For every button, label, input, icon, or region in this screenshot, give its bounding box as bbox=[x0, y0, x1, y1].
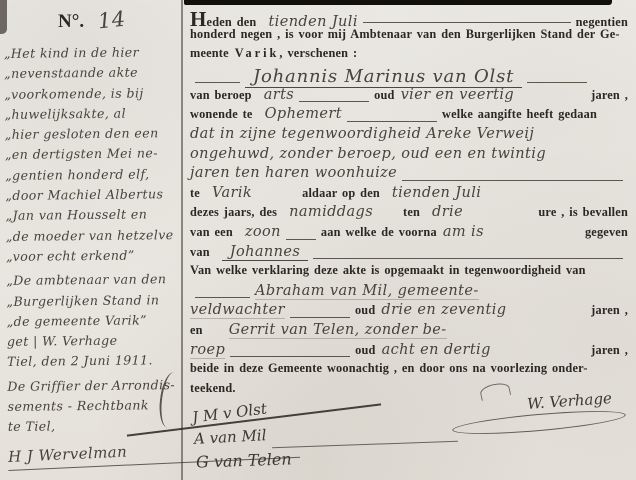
printed-text: meente bbox=[190, 46, 229, 61]
handwritten-witness2-occupation: roep bbox=[190, 342, 225, 359]
margin-note-line: „nevenstaande akte bbox=[4, 62, 176, 84]
act-body: Heden den tienden Juli negentien honderd… bbox=[190, 7, 628, 480]
act-line-date: Heden den tienden Juli negentien bbox=[190, 7, 628, 27]
printed-text: oud bbox=[374, 88, 394, 103]
margin-clerk-line: te Tiel, bbox=[8, 415, 180, 437]
margin-clerk-block: De Griffier der Arrondis- sements - Rech… bbox=[7, 375, 180, 438]
margin-official-line: „De ambtenaar van den bbox=[6, 269, 178, 291]
handwritten-witness1-occupation: veldwachter bbox=[190, 302, 285, 319]
margin-note-line: „voorkomende, is bij bbox=[4, 83, 176, 105]
act-line: honderd negen , is voor mij Ambtenaar va… bbox=[190, 27, 628, 47]
act-number-value: 14 bbox=[97, 7, 127, 34]
act-line-declarant-name: Johannis Marinus van Olst bbox=[190, 66, 628, 87]
margin-official-line: Tiel, den 2 Juni 1911. bbox=[7, 351, 179, 373]
handwritten-occupation: arts bbox=[264, 87, 294, 103]
handwritten-witness2-age: acht en dertig bbox=[382, 342, 491, 358]
act-line-municipality: meente Varik , verschenen : bbox=[190, 46, 628, 66]
act-line-witness1: Abraham van Mil, gemeente- bbox=[190, 283, 628, 303]
margin-clerk-line: sements - Rechtbank bbox=[7, 395, 179, 417]
act-line-mother-status: ongehuwd, zonder beroep, oud een en twin… bbox=[190, 146, 628, 166]
margin-note-line: „gentien honderd elf, bbox=[5, 164, 177, 186]
act-line-occupation-age: van beroep arts oud vier en veertig jare… bbox=[190, 87, 628, 107]
printed-text: ten bbox=[403, 205, 420, 220]
margin-note-line: „en dertigsten Mei ne- bbox=[5, 144, 177, 166]
clerk-signature: H J Wervelman bbox=[8, 442, 128, 465]
handwritten-declaration: dat in zijne tegenwoordigheid Areke Verw… bbox=[190, 126, 534, 142]
handwritten-continuation: am is bbox=[443, 224, 484, 240]
margin-note-line: „door Machiel Albertus bbox=[5, 184, 177, 206]
printed-text: wonende te bbox=[190, 107, 253, 122]
printed-text: dezes jaars, des bbox=[190, 205, 277, 220]
act-line-witness-intro: Van welke verklaring deze akte is opgema… bbox=[190, 263, 628, 283]
act-line-mother-house: jaren ten haren woonhuize bbox=[190, 165, 628, 185]
margin-official-line: „de gemeente Varik” bbox=[7, 310, 179, 332]
printed-text: jaren , bbox=[591, 88, 628, 103]
birth-certificate-scan: N°. 14 „Het kind in de hier „nevenstaand… bbox=[0, 0, 636, 480]
printed-text: ure , is bevallen bbox=[538, 205, 628, 220]
printed-text: van beroep bbox=[190, 88, 252, 103]
rule-line bbox=[230, 356, 350, 357]
printed-text: gegeven bbox=[585, 225, 628, 240]
margin-note-line: „de moeder van hetzelve bbox=[6, 225, 178, 247]
rule-line bbox=[195, 82, 240, 83]
signature-block: J M v Olst A van Mil G van Telen W. Verh… bbox=[190, 404, 628, 480]
margin-note-line: „hier gesloten den een bbox=[5, 123, 177, 145]
printed-text: aan welke de voorna bbox=[321, 225, 437, 240]
margin-official-line: get | W. Verhage bbox=[7, 330, 179, 352]
act-line-residence: wonende te Ophemert welke aangifte heeft… bbox=[190, 106, 628, 126]
act-line-witness2-age: roep oud acht en dertig jaren , bbox=[190, 342, 628, 362]
printed-text: honderd negen , is voor mij Ambtenaar va… bbox=[190, 27, 620, 42]
printed-text: beide in deze Gemeente woonachtig , en d… bbox=[190, 361, 588, 376]
printed-text: Van welke verklaring deze akte is opgema… bbox=[190, 263, 586, 278]
printed-text: van een bbox=[190, 225, 233, 240]
rule-line bbox=[402, 180, 623, 181]
printed-text: welke aangifte heeft gedaan bbox=[442, 107, 597, 122]
handwritten-witness1-name: Abraham van Mil, gemeente- bbox=[255, 283, 479, 300]
rule-line bbox=[313, 258, 623, 259]
act-number-label: N°. bbox=[58, 11, 84, 32]
handwritten-witness1-age: drie en zeventig bbox=[381, 302, 506, 318]
handwritten-child-name: Johannes bbox=[222, 244, 308, 261]
margin-divider-rule bbox=[181, 0, 183, 480]
margin-column: N°. 14 „Het kind in de hier „nevenstaand… bbox=[6, 4, 178, 465]
printed-text: van bbox=[190, 245, 210, 260]
act-number: N°. 14 bbox=[58, 8, 178, 33]
rule-line bbox=[363, 22, 571, 23]
handwritten-birth-date: tienden Juli bbox=[392, 185, 481, 201]
printed-text: , verschenen : bbox=[279, 46, 357, 61]
handwritten-declarant-name: Johannis Marinus van Olst bbox=[245, 66, 522, 88]
handwritten-residence: Ophemert bbox=[265, 106, 342, 122]
printed-text: oud bbox=[355, 343, 375, 358]
printed-text: aldaar op den bbox=[302, 186, 380, 201]
margin-note-line: „voor echt erkend” bbox=[6, 245, 178, 267]
marginal-legitimation-note: „Het kind in de hier „nevenstaande akte … bbox=[4, 42, 180, 465]
handwritten-hour: drie bbox=[432, 204, 463, 220]
handwritten-birthplace: Varik bbox=[212, 185, 252, 201]
handwritten-witness2-name: Gerrit van Telen, zonder be- bbox=[229, 322, 447, 339]
printed-text: jaren , bbox=[591, 343, 628, 358]
act-line-birth-time: dezes jaars, des namiddags ten drie ure … bbox=[190, 204, 628, 224]
printed-text: teekend. bbox=[190, 381, 236, 396]
printed-text: en bbox=[190, 323, 203, 338]
act-line-witness1-age: veldwachter oud drie en zeventig jaren , bbox=[190, 302, 628, 322]
rule-line bbox=[347, 121, 437, 122]
scan-top-edge-artifact bbox=[184, 0, 612, 5]
margin-clerk-line: De Griffier der Arrondis- bbox=[7, 375, 179, 397]
rule-line bbox=[299, 101, 369, 102]
margin-note-line: „Jan van Housselt en bbox=[5, 204, 177, 226]
signature-tail-flourish bbox=[272, 441, 458, 448]
act-line-mother: dat in zijne tegenwoordigheid Areke Verw… bbox=[190, 126, 628, 146]
rule-line bbox=[290, 317, 350, 318]
act-line-gender: van een zoon aan welke de voorna am is g… bbox=[190, 224, 628, 244]
rule-line bbox=[286, 239, 316, 240]
handwritten-declaration: jaren ten haren woonhuize bbox=[190, 165, 397, 181]
margin-note-line: „huwelijksakte, al bbox=[4, 103, 176, 125]
handwritten-daypart: namiddags bbox=[289, 204, 373, 220]
rule-line bbox=[195, 297, 250, 298]
witness1-signature: A van Mil bbox=[194, 426, 267, 448]
handwritten-age: vier en veertig bbox=[401, 87, 515, 103]
printed-text: jaren , bbox=[591, 303, 628, 318]
municipality-name: Varik bbox=[235, 46, 280, 61]
act-line-child-name: van Johannes bbox=[190, 244, 628, 264]
act-line-witness2: en Gerrit van Telen, zonder be- bbox=[190, 322, 628, 342]
margin-official-attestation: „De ambtenaar van den „Burgerlijken Stan… bbox=[6, 269, 179, 372]
act-line-closing: beide in deze Gemeente woonachtig , en d… bbox=[190, 361, 628, 381]
handwritten-gender: zoon bbox=[245, 224, 281, 240]
rule-line bbox=[527, 82, 587, 83]
handwritten-declaration: ongehuwd, zonder beroep, oud een en twin… bbox=[190, 146, 546, 162]
margin-official-line: „Burgerlijken Stand in bbox=[6, 290, 178, 312]
witness2-signature: G van Telen bbox=[196, 450, 292, 472]
margin-note-line: „Het kind in de hier bbox=[4, 42, 176, 64]
act-line-birthplace-date: te Varik aldaar op den tienden Juli bbox=[190, 185, 628, 205]
printed-text: oud bbox=[355, 303, 375, 318]
printed-text: te bbox=[190, 186, 200, 201]
